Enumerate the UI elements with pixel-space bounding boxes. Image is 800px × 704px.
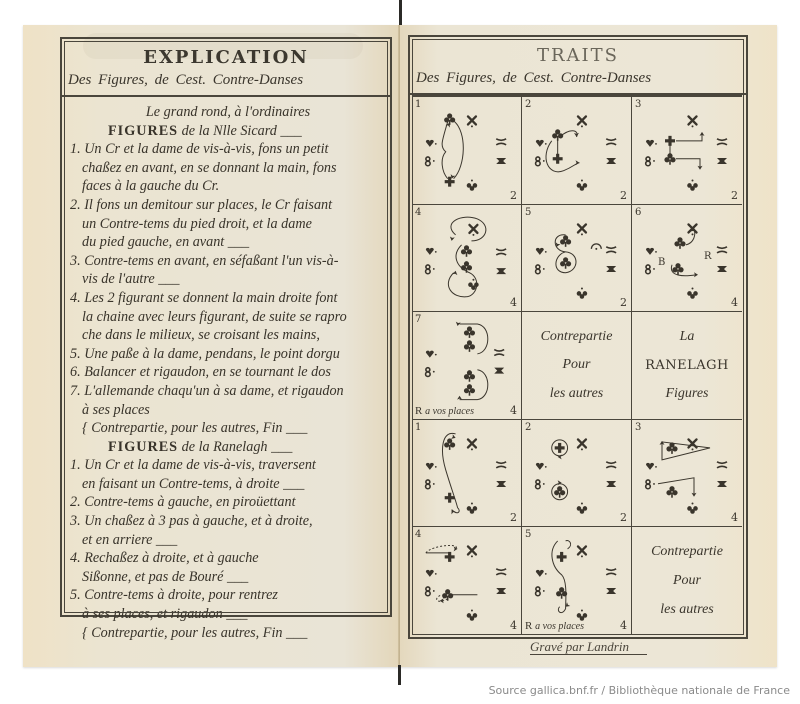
figure-number: 7 [415,314,421,325]
left-page: EXPLICATION Des Figures, de Cest. Contre… [23,25,400,667]
section-heading: FIGURES de la Nlle Sicard ___ [70,122,386,141]
left-header: EXPLICATION Des Figures, de Cest. Contre… [62,39,390,97]
figure-footnote: R a vos places [525,620,584,632]
text-line: à ses places, et rigaudon ___ [70,605,386,624]
figure-count: 2 [620,296,627,309]
text-line: 5. Une paße à la dame, pendans, le point… [70,345,386,364]
text-line: la chaine avec leurs figurant, de suite … [70,308,386,327]
dance-figure-diagram [632,420,742,527]
source-attribution: Source gallica.bnf.fr / Bibliothèque nat… [489,684,790,697]
figure-number: 1 [415,99,421,110]
cell-text-line: les autres [660,602,714,618]
dance-figure-diagram [412,205,521,312]
text-line: Le grand rond, à l'ordinaires [70,103,386,122]
figure-count: 4 [620,619,627,632]
dance-figure-diagram [522,420,631,527]
contrepartie-cell: ContrepartiePourles autres [522,312,632,420]
right-page-title: TRAITS [410,45,746,66]
figure-count: 4 [510,619,517,632]
dance-explanation-text: Le grand rond, à l'ordinairesFIGURES de … [70,103,386,642]
text-line: 2. Il fons un demitour sur places, le Cr… [70,196,386,215]
text-line: 3. Un chaßez à 3 pas à gauche, et à droi… [70,512,386,531]
figure-count: 2 [510,511,517,524]
figure-cell: 44 [412,205,522,313]
figure-cell: 12 [412,420,522,528]
dance-figure-diagram [632,97,742,204]
text-line: vis de l'autre ___ [70,270,386,289]
figure-cell: 54R a vos places [522,527,632,635]
figure-number: 5 [525,529,531,540]
right-header: TRAITS Des Figures, de Cest. Contre-Dans… [410,37,746,95]
figure-count: 2 [510,189,517,202]
dance-figure-diagram [522,527,631,634]
text-line: chaßez en avant, en se donnant la main, … [70,159,386,178]
dance-figure-diagram [412,527,521,634]
figure-number: 3 [635,99,641,110]
text-line: faces à la gauche du Cr. [70,177,386,196]
text-line: { Contrepartie, pour les autres, Fin ___ [70,624,386,643]
figure-cell: 22 [522,420,632,528]
text-line: et en arriere ___ [70,531,386,550]
ranelagh-title-cell: LaRANELAGHFigures [632,312,742,420]
contrepartie-cell: ContrepartiePourles autres [632,527,742,635]
dance-figure-diagram [412,420,521,527]
engraver-credit: Gravé par Landrin [400,639,777,655]
text-line: 3. Contre-tems en avant, en séfaßant l'u… [70,252,386,271]
figure-number: 1 [415,422,421,433]
figure-cell: 22 [522,97,632,205]
figure-count: 4 [731,296,738,309]
figure-number: 5 [525,207,531,218]
text-line: en faisant un Contre-tems, à droite ___ [70,475,386,494]
figure-cell: 44 [412,527,522,635]
text-line: 5. Contre-tems à droite, pour rentrez [70,586,386,605]
left-page-subtitle: Des Figures, de Cest. Contre-Danses [68,72,384,89]
figure-number: 4 [415,207,421,218]
text-line: 6. Balancer et rigaudon, en se tournant … [70,363,386,382]
figure-cell: 74R a vos places [412,312,522,420]
cell-text-line: La [680,329,695,345]
svg-text:R: R [704,250,712,261]
text-line: 1. Un Cr et la dame de vis-à-vis, fons u… [70,140,386,159]
text-line: 2. Contre-tems à gauche, en piroüettant [70,493,386,512]
figure-count: 2 [620,189,627,202]
figure-count: 4 [731,511,738,524]
cell-text-line: RANELAGH [645,358,729,373]
text-line: { Contrepartie, pour les autres, Fin ___ [70,419,386,438]
text-line: Sißonne, et pas de Bouré ___ [70,568,386,587]
figure-cell: 34 [632,420,742,528]
cell-text-line: Pour [563,357,591,373]
text-line: 1. Un Cr et la dame de vis-à-vis, traver… [70,456,386,475]
figure-count: 4 [510,404,517,417]
cell-text-line: Contrepartie [541,329,613,345]
left-page-title: EXPLICATION [62,47,390,68]
figure-cell: 12 [412,97,522,205]
figure-count: 4 [510,296,517,309]
dance-figure-diagram [412,312,521,419]
right-page-subtitle: Des Figures, de Cest. Contre-Danses [416,70,740,87]
text-line: che dans le milieux, se croisant les mai… [70,326,386,345]
dance-figure-diagram [412,97,521,204]
book-spine-bottom [398,665,401,685]
cell-text-line: Figures [665,386,708,402]
text-line: un Contre-tems du pied droit, et la dame [70,215,386,234]
figure-number: 2 [525,99,531,110]
open-book: EXPLICATION Des Figures, de Cest. Contre… [23,25,777,667]
figure-count: 2 [731,189,738,202]
figure-footnote: R a vos places [415,405,474,417]
dance-figure-diagram: BR [632,205,742,312]
dance-figure-diagram [522,97,631,204]
section-heading: FIGURES de la Ranelagh ___ [70,438,386,457]
figure-count: 2 [620,511,627,524]
text-line: 4. Rechaßez à droite, et à gauche [70,549,386,568]
cell-text-line: les autres [550,386,604,402]
figure-cell: 32 [632,97,742,205]
figure-number: 4 [415,529,421,540]
text-line: du pied gauche, en avant ___ [70,233,386,252]
dance-figures-grid: 12 22 32 44 52 [412,95,742,635]
right-page-frame: TRAITS Des Figures, de Cest. Contre-Dans… [408,35,748,639]
text-line: 7. L'allemande chaqu'un à sa dame, et ri… [70,382,386,401]
text-line: à ses places [70,401,386,420]
dance-figure-diagram [522,205,631,312]
figure-number: 3 [635,422,641,433]
left-page-frame: EXPLICATION Des Figures, de Cest. Contre… [60,37,392,617]
figure-cell: BR64 [632,205,742,313]
figure-number: 2 [525,422,531,433]
right-page: TRAITS Des Figures, de Cest. Contre-Dans… [400,25,777,667]
svg-text:B: B [658,256,665,267]
cell-text-line: Pour [673,573,701,589]
figure-number: 6 [635,207,641,218]
figure-cell: 52 [522,205,632,313]
text-line: 4. Les 2 figurant se donnent la main dro… [70,289,386,308]
cell-text-line: Contrepartie [651,544,723,560]
